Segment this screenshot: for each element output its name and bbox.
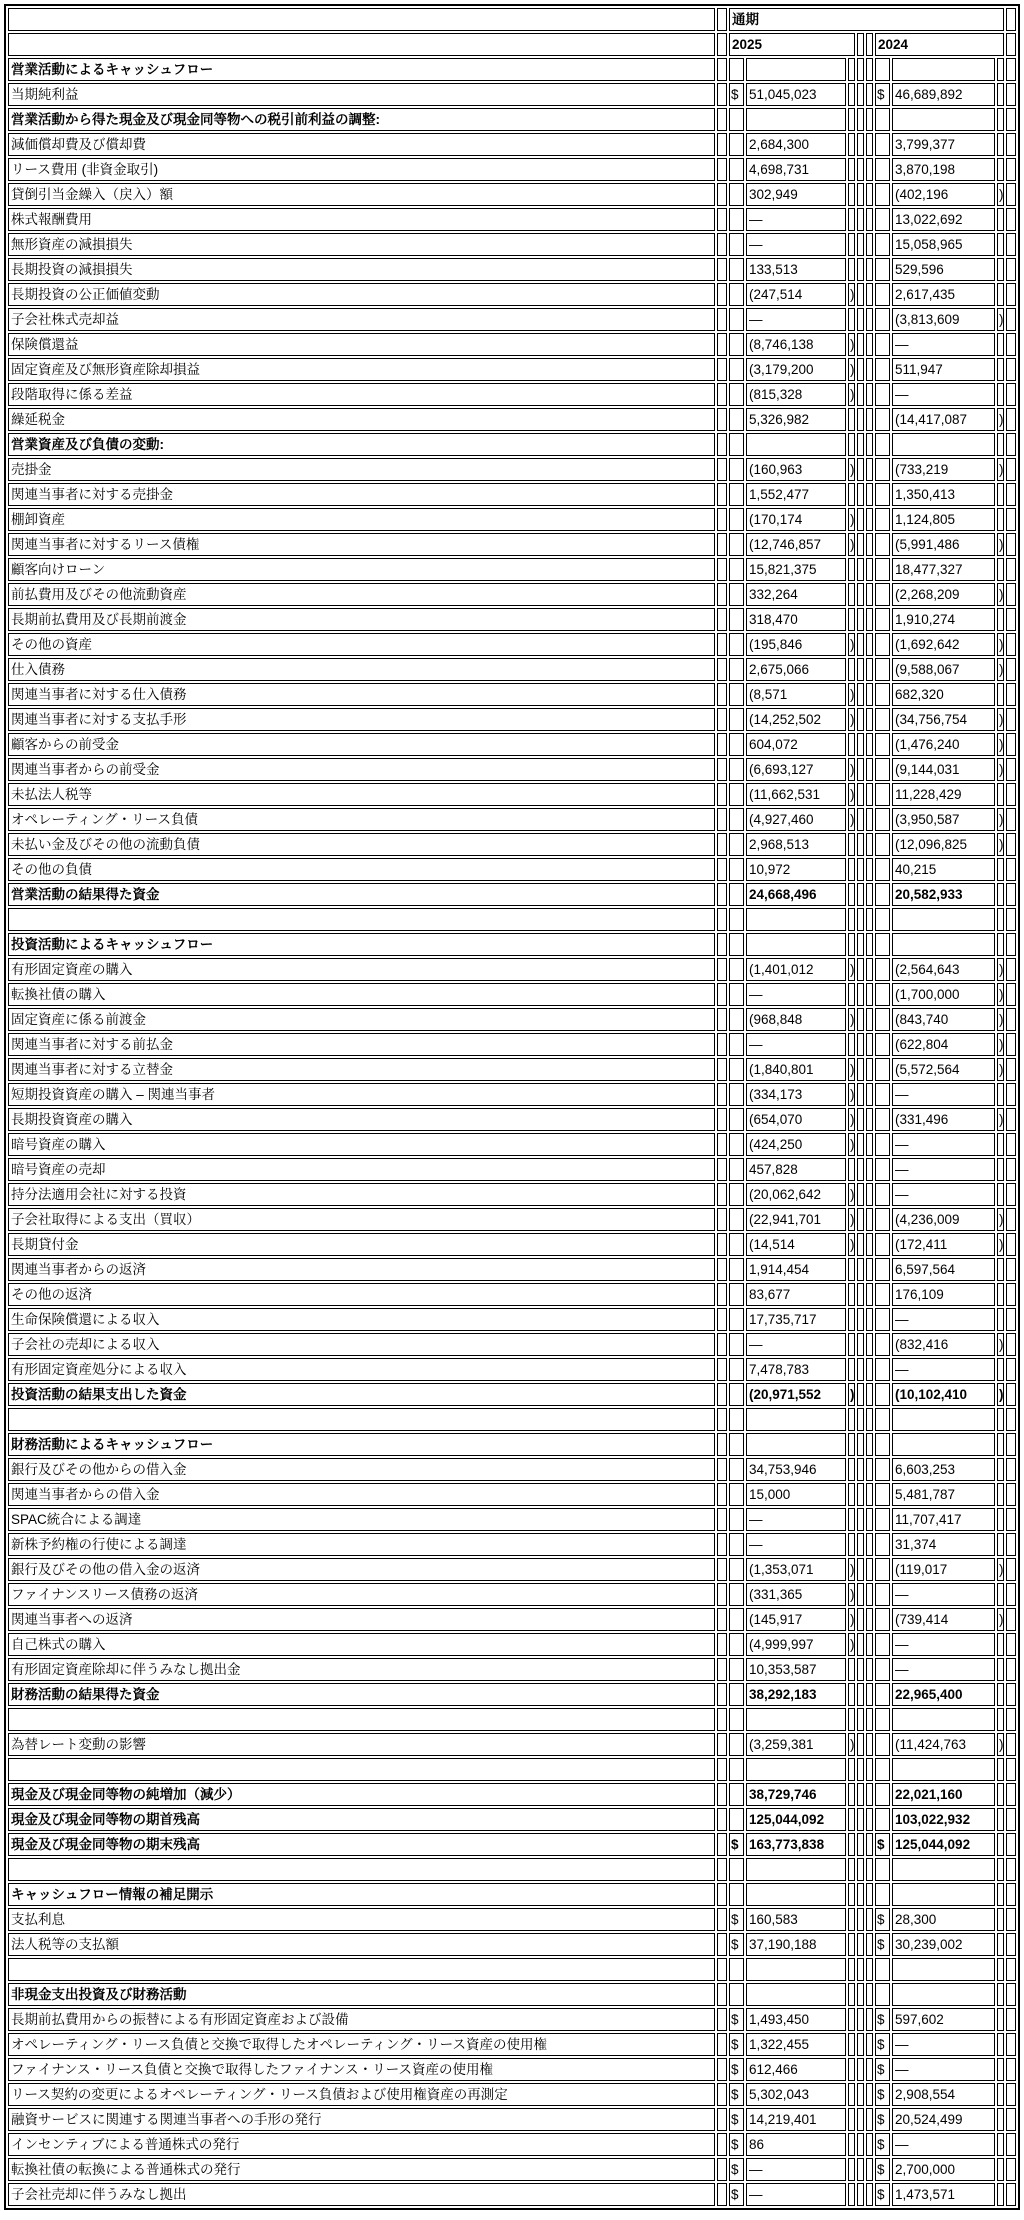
gap-cell xyxy=(866,508,873,531)
gap-cell xyxy=(857,1108,864,1131)
gap-cell xyxy=(857,1683,864,1706)
gap-cell xyxy=(1006,608,1016,631)
gap-cell xyxy=(866,1408,873,1431)
line-item-row: 融資サービスに関連する関連当事者への手形の発行$14,219,401$20,52… xyxy=(8,2108,1016,2131)
dollar-sign-2025 xyxy=(729,1033,744,1056)
close-paren-2024 xyxy=(997,508,1004,531)
gap-cell xyxy=(857,858,864,881)
amount-2025: (424,250 xyxy=(746,1133,846,1156)
close-paren-2024: ) xyxy=(997,458,1004,481)
line-item-row: 株式報酬費用—13,022,692 xyxy=(8,208,1016,231)
close-paren-2025: ) xyxy=(848,808,855,831)
amount-2025: 34,753,946 xyxy=(746,1458,846,1481)
amount-2024: 13,022,692 xyxy=(892,208,995,231)
dollar-sign-2024 xyxy=(875,433,890,456)
close-paren-2025 xyxy=(848,608,855,631)
dollar-sign-2025 xyxy=(729,1633,744,1656)
close-paren-2024 xyxy=(997,2133,1004,2156)
dollar-sign-2025: $ xyxy=(729,2158,744,2181)
gap-cell xyxy=(717,1183,727,1206)
line-item-row: 長期投資資産の購入(654,070)(331,496) xyxy=(8,1108,1016,1131)
gap-cell xyxy=(866,83,873,106)
close-paren-2025 xyxy=(848,2183,855,2206)
amount-2024: — xyxy=(892,383,995,406)
amount-2024: — xyxy=(892,2133,995,2156)
line-item-row: 為替レート変動の影響(3,259,381)(11,424,763) xyxy=(8,1733,1016,1756)
close-paren-2025 xyxy=(848,158,855,181)
close-paren-2025 xyxy=(848,1783,855,1806)
gap-cell xyxy=(857,158,864,181)
gap-cell xyxy=(717,1133,727,1156)
dollar-sign-2025 xyxy=(729,1883,744,1906)
close-paren-2024: ) xyxy=(997,758,1004,781)
close-paren-2025 xyxy=(848,1808,855,1831)
gap-cell xyxy=(717,1083,727,1106)
line-item-row: その他の資産(195,846)(1,692,642) xyxy=(8,633,1016,656)
dollar-sign-2024 xyxy=(875,1283,890,1306)
dollar-sign-2024 xyxy=(875,1508,890,1531)
gap-cell xyxy=(857,1233,864,1256)
gap-cell xyxy=(866,1658,873,1681)
amount-2024: (4,236,009 xyxy=(892,1208,995,1231)
dollar-sign-2024 xyxy=(875,1633,890,1656)
dollar-sign-2024 xyxy=(875,483,890,506)
dollar-sign-2025 xyxy=(729,483,744,506)
total-row: 現金及び現金同等物の期首残高125,044,092103,022,932 xyxy=(8,1808,1016,1831)
gap-cell xyxy=(717,58,727,81)
amount-2024: (5,572,564 xyxy=(892,1058,995,1081)
line-item-row: 生命保険償還による収入17,735,717— xyxy=(8,1308,1016,1331)
row-label: その他の資産 xyxy=(8,633,715,656)
gap-cell xyxy=(717,1283,727,1306)
gap-cell xyxy=(857,2108,864,2131)
gap-cell xyxy=(717,908,727,931)
gap-cell xyxy=(717,2008,727,2031)
dollar-sign-2025 xyxy=(729,1233,744,1256)
close-paren-2024 xyxy=(997,2058,1004,2081)
total-row: 現金及び現金同等物の純増加（減少）38,729,74622,021,160 xyxy=(8,1783,1016,1806)
amount-2025: (11,662,531 xyxy=(746,783,846,806)
gap-cell xyxy=(866,1833,873,1856)
close-paren-2024: ) xyxy=(997,1558,1004,1581)
gap-cell xyxy=(866,1683,873,1706)
dollar-sign-2024 xyxy=(875,408,890,431)
gap-cell xyxy=(717,1108,727,1131)
gap-cell xyxy=(857,1333,864,1356)
spacer-row xyxy=(8,908,1016,931)
gap-cell xyxy=(866,333,873,356)
dollar-sign-2025 xyxy=(729,1383,744,1406)
amount-2025: 2,675,066 xyxy=(746,658,846,681)
close-paren-2025: ) xyxy=(848,958,855,981)
gap-cell xyxy=(1006,433,1016,456)
gap-cell xyxy=(717,1883,727,1906)
gap-cell xyxy=(717,1533,727,1556)
gap-cell xyxy=(866,458,873,481)
dollar-sign-2024 xyxy=(875,633,890,656)
gap-cell xyxy=(1006,1783,1016,1806)
amount-2025: (1,401,012 xyxy=(746,958,846,981)
close-paren-2024 xyxy=(997,2183,1004,2206)
line-item-row: 繰延税金5,326,982(14,417,087) xyxy=(8,408,1016,431)
spacer-row xyxy=(8,1858,1016,1881)
close-paren-2025 xyxy=(848,233,855,256)
dollar-sign-2025 xyxy=(729,1708,744,1731)
gap-cell xyxy=(717,1483,727,1506)
line-item-row: 未払い金及びその他の流動負債2,968,513(12,096,825) xyxy=(8,833,1016,856)
line-item-row: 段階取得に係る差益(815,328)— xyxy=(8,383,1016,406)
amount-2025: 83,677 xyxy=(746,1283,846,1306)
gap-cell xyxy=(1006,1433,1016,1456)
gap-cell xyxy=(717,758,727,781)
dollar-sign-2024 xyxy=(875,1483,890,1506)
amount-2024: — xyxy=(892,1183,995,1206)
row-label: 固定資産に係る前渡金 xyxy=(8,1008,715,1031)
gap-cell xyxy=(1006,58,1016,81)
gap-cell xyxy=(1006,2133,1016,2156)
gap-cell xyxy=(857,458,864,481)
close-paren-2025 xyxy=(848,558,855,581)
close-paren-2024 xyxy=(997,558,1004,581)
line-item-row: 自己株式の購入(4,999,997)— xyxy=(8,1633,1016,1656)
line-item-row: その他の負債10,97240,215 xyxy=(8,858,1016,881)
amount-2025: (12,746,857 xyxy=(746,533,846,556)
row-label: 長期前払費用からの振替による有形固定資産および設備 xyxy=(8,2008,715,2031)
gap-cell xyxy=(857,2083,864,2106)
year-2024-header: 2024 xyxy=(875,33,1004,56)
amount-2024 xyxy=(892,1983,995,2006)
gap-cell xyxy=(717,1708,727,1731)
gap-cell xyxy=(866,883,873,906)
gap-cell xyxy=(857,1533,864,1556)
close-paren-2025 xyxy=(848,1283,855,1306)
dollar-sign-2024 xyxy=(875,1208,890,1231)
gap-cell xyxy=(1006,1408,1016,1431)
close-paren-2025 xyxy=(848,1258,855,1281)
spacer-row xyxy=(8,1408,1016,1431)
dollar-sign-2025 xyxy=(729,408,744,431)
close-paren-2025 xyxy=(848,183,855,206)
close-paren-2024 xyxy=(997,358,1004,381)
close-paren-2025 xyxy=(848,858,855,881)
dollar-sign-2025 xyxy=(729,258,744,281)
amount-2025 xyxy=(746,433,846,456)
gap-cell xyxy=(866,933,873,956)
close-paren-2024 xyxy=(997,483,1004,506)
gap-cell xyxy=(866,558,873,581)
amount-2024: — xyxy=(892,1358,995,1381)
gap-cell xyxy=(717,508,727,531)
gap-cell xyxy=(866,408,873,431)
amount-2024: (2,268,209 xyxy=(892,583,995,606)
row-label xyxy=(8,1858,715,1881)
gap-cell xyxy=(866,833,873,856)
gap-cell xyxy=(857,58,864,81)
close-paren-2025 xyxy=(848,1358,855,1381)
gap-cell xyxy=(866,1558,873,1581)
dollar-sign-2025: $ xyxy=(729,2108,744,2131)
amount-2024 xyxy=(892,1433,995,1456)
gap-cell xyxy=(866,2083,873,2106)
gap-cell xyxy=(866,183,873,206)
total-row: 営業活動の結果得た資金24,668,49620,582,933 xyxy=(8,883,1016,906)
gap-cell xyxy=(1006,1733,1016,1756)
row-label xyxy=(8,908,715,931)
row-label: 銀行及びその他の借入金の返済 xyxy=(8,1558,715,1581)
dollar-sign-2025: $ xyxy=(729,1833,744,1856)
gap-cell xyxy=(866,2008,873,2031)
dollar-sign-2025 xyxy=(729,1758,744,1781)
gap-cell xyxy=(866,1233,873,1256)
close-paren-2025 xyxy=(848,883,855,906)
section-header-row: 財務活動によるキャッシュフロー xyxy=(8,1433,1016,1456)
line-item-row: ファイナンス・リース負債と交換で取得したファイナンス・リース資産の使用権$612… xyxy=(8,2058,1016,2081)
close-paren-2025: ) xyxy=(848,458,855,481)
close-paren-2024: ) xyxy=(997,658,1004,681)
close-paren-2024 xyxy=(997,1633,1004,1656)
dollar-sign-2024 xyxy=(875,1083,890,1106)
gap-cell xyxy=(1006,1633,1016,1656)
amount-2024: 682,320 xyxy=(892,683,995,706)
gap-cell xyxy=(866,1283,873,1306)
gap-cell xyxy=(866,1883,873,1906)
close-paren-2024 xyxy=(997,1408,1004,1431)
gap-cell xyxy=(1006,183,1016,206)
close-paren-2024 xyxy=(997,1933,1004,1956)
gap-cell xyxy=(857,358,864,381)
gap-cell xyxy=(857,383,864,406)
amount-2025: — xyxy=(746,1333,846,1356)
dollar-sign-2025 xyxy=(729,733,744,756)
gap-cell xyxy=(857,1783,864,1806)
gap-cell xyxy=(1006,1183,1016,1206)
dollar-sign-2025: $ xyxy=(729,2033,744,2056)
gap-cell xyxy=(866,1708,873,1731)
gap-cell xyxy=(1006,1608,1016,1631)
close-paren-2025 xyxy=(848,408,855,431)
gap-cell xyxy=(857,1733,864,1756)
amount-2025: 15,821,375 xyxy=(746,558,846,581)
gap-cell xyxy=(717,258,727,281)
dollar-sign-2024 xyxy=(875,808,890,831)
close-paren-2025: ) xyxy=(848,533,855,556)
year-header-row: 2025 2024 xyxy=(8,33,1016,56)
gap-cell xyxy=(717,433,727,456)
gap-cell xyxy=(866,1158,873,1181)
gap-cell xyxy=(1006,658,1016,681)
close-paren-2024 xyxy=(997,2033,1004,2056)
dollar-sign-2025 xyxy=(729,958,744,981)
amount-2024: — xyxy=(892,1633,995,1656)
row-label: 有形固定資産処分による収入 xyxy=(8,1358,715,1381)
dollar-sign-2025 xyxy=(729,1083,744,1106)
row-label: 現金及び現金同等物の期末残高 xyxy=(8,1833,715,1856)
amount-2024: 6,603,253 xyxy=(892,1458,995,1481)
gap-cell xyxy=(866,1583,873,1606)
dollar-sign-2024 xyxy=(875,783,890,806)
close-paren-2024 xyxy=(997,1483,1004,1506)
row-label: 顧客からの前受金 xyxy=(8,733,715,756)
amount-2024: 22,965,400 xyxy=(892,1683,995,1706)
row-label: 現金及び現金同等物の純増加（減少） xyxy=(8,1783,715,1806)
gap-cell xyxy=(857,1858,864,1881)
row-label: 営業活動から得た現金及び現金同等物への税引前利益の調整: xyxy=(8,108,715,131)
gap-cell xyxy=(857,83,864,106)
gap-cell xyxy=(857,1133,864,1156)
amount-2025: 10,972 xyxy=(746,858,846,881)
close-paren-2024 xyxy=(997,1833,1004,1856)
dollar-sign-2024 xyxy=(875,1133,890,1156)
gap-cell xyxy=(857,908,864,931)
dollar-sign-2025 xyxy=(729,658,744,681)
gap-cell xyxy=(866,1033,873,1056)
close-paren-2025 xyxy=(848,208,855,231)
dollar-sign-2025: $ xyxy=(729,2008,744,2031)
amount-2025: (8,746,138 xyxy=(746,333,846,356)
row-label: 長期投資資産の購入 xyxy=(8,1108,715,1131)
dollar-sign-2024 xyxy=(875,1858,890,1881)
close-paren-2024 xyxy=(997,1808,1004,1831)
close-paren-2024: ) xyxy=(997,1383,1004,1406)
gap-cell xyxy=(717,458,727,481)
close-paren-2024 xyxy=(997,783,1004,806)
dollar-sign-2025 xyxy=(729,1458,744,1481)
gap-cell xyxy=(857,1808,864,1831)
close-paren-2025 xyxy=(848,1933,855,1956)
gap-cell xyxy=(857,1033,864,1056)
amount-2024: (12,096,825 xyxy=(892,833,995,856)
row-label: 暗号資産の購入 xyxy=(8,1133,715,1156)
row-label: 関連当事者に対する売掛金 xyxy=(8,483,715,506)
dollar-sign-2024 xyxy=(875,683,890,706)
line-item-row: ファイナンスリース債務の返済(331,365)— xyxy=(8,1583,1016,1606)
gap-cell xyxy=(857,2058,864,2081)
row-label: 関連当事者に対する立替金 xyxy=(8,1058,715,1081)
amount-2025 xyxy=(746,1883,846,1906)
row-label: 銀行及びその他からの借入金 xyxy=(8,1458,715,1481)
dollar-sign-2024 xyxy=(875,58,890,81)
close-paren-2025 xyxy=(848,2133,855,2156)
gap-cell xyxy=(866,633,873,656)
gap-cell xyxy=(1006,1358,1016,1381)
gap-cell xyxy=(866,158,873,181)
amount-2024: (331,496 xyxy=(892,1108,995,1131)
gap-cell xyxy=(857,1958,864,1981)
close-paren-2024 xyxy=(997,158,1004,181)
close-paren-2025: ) xyxy=(848,283,855,306)
gap-cell xyxy=(866,1633,873,1656)
gap-cell xyxy=(1006,1233,1016,1256)
row-label: 関連当事者に対する支払手形 xyxy=(8,708,715,731)
close-paren-2024 xyxy=(997,208,1004,231)
gap-cell xyxy=(857,1833,864,1856)
close-paren-2024 xyxy=(997,883,1004,906)
row-label: 財務活動の結果得た資金 xyxy=(8,1683,715,1706)
close-paren-2024: ) xyxy=(997,183,1004,206)
row-label: インセンティブによる普通株式の発行 xyxy=(8,2133,715,2156)
dollar-sign-2025 xyxy=(729,983,744,1006)
gap-cell xyxy=(717,658,727,681)
dollar-sign-2024 xyxy=(875,133,890,156)
dollar-sign-2024 xyxy=(875,1733,890,1756)
dollar-sign-2025 xyxy=(729,683,744,706)
gap-cell xyxy=(717,1733,727,1756)
close-paren-2024: ) xyxy=(997,808,1004,831)
dollar-sign-2025 xyxy=(729,933,744,956)
dollar-sign-2024: $ xyxy=(875,1833,890,1856)
dollar-sign-2025 xyxy=(729,208,744,231)
close-paren-2024 xyxy=(997,1958,1004,1981)
gap-cell xyxy=(866,2058,873,2081)
gap-cell xyxy=(866,33,873,56)
amount-2025 xyxy=(746,1433,846,1456)
row-label: 減価償却費及び償却費 xyxy=(8,133,715,156)
amount-2024 xyxy=(892,1758,995,1781)
gap-cell xyxy=(1006,1933,1016,1956)
amount-2024: (5,991,486 xyxy=(892,533,995,556)
close-paren-2024 xyxy=(997,2083,1004,2106)
dollar-sign-2025 xyxy=(729,608,744,631)
close-paren-2025 xyxy=(848,1658,855,1681)
gap-cell xyxy=(866,208,873,231)
gap-cell xyxy=(717,1008,727,1031)
row-label: ファイナンス・リース負債と交換で取得したファイナンス・リース資産の使用権 xyxy=(8,2058,715,2081)
amount-2024: 1,124,805 xyxy=(892,508,995,531)
amount-2025: 7,478,783 xyxy=(746,1358,846,1381)
gap-cell xyxy=(866,1983,873,2006)
close-paren-2025 xyxy=(848,1483,855,1506)
row-label: 関連当事者への返済 xyxy=(8,1608,715,1631)
row-label: その他の返済 xyxy=(8,1283,715,1306)
amount-2024: — xyxy=(892,1308,995,1331)
dollar-sign-2025 xyxy=(729,333,744,356)
row-label: 無形資産の減損損失 xyxy=(8,233,715,256)
amount-2025 xyxy=(746,933,846,956)
amount-2025: 302,949 xyxy=(746,183,846,206)
dollar-sign-2024: $ xyxy=(875,2083,890,2106)
close-paren-2024 xyxy=(997,233,1004,256)
dollar-sign-2025: $ xyxy=(729,2083,744,2106)
dollar-sign-2025 xyxy=(729,1558,744,1581)
row-label: 有形固定資産除却に伴うみなし拠出金 xyxy=(8,1658,715,1681)
dollar-sign-2025 xyxy=(729,58,744,81)
dollar-sign-2024 xyxy=(875,583,890,606)
gap-cell xyxy=(717,1908,727,1931)
gap-cell xyxy=(857,1633,864,1656)
line-item-row: 関連当事者に対する立替金(1,840,801)(5,572,564) xyxy=(8,1058,1016,1081)
dollar-sign-2025: $ xyxy=(729,1933,744,1956)
gap-cell xyxy=(857,1658,864,1681)
gap-cell xyxy=(717,1658,727,1681)
row-label: 株式報酬費用 xyxy=(8,208,715,231)
amount-2024: — xyxy=(892,1658,995,1681)
amount-2025: 612,466 xyxy=(746,2058,846,2081)
gap-cell xyxy=(717,858,727,881)
amount-2025: 14,219,401 xyxy=(746,2108,846,2131)
gap-cell xyxy=(717,8,727,31)
dollar-sign-2024 xyxy=(875,1258,890,1281)
close-paren-2024 xyxy=(997,1583,1004,1606)
dollar-sign-2025: $ xyxy=(729,2183,744,2206)
gap-cell xyxy=(857,658,864,681)
gap-cell xyxy=(1006,2183,1016,2206)
row-label: 関連当事者に対するリース債権 xyxy=(8,533,715,556)
amount-2025: 160,583 xyxy=(746,1908,846,1931)
gap-cell xyxy=(866,1083,873,1106)
close-paren-2025: ) xyxy=(848,1108,855,1131)
gap-cell xyxy=(1006,283,1016,306)
amount-2025: 15,000 xyxy=(746,1483,846,1506)
